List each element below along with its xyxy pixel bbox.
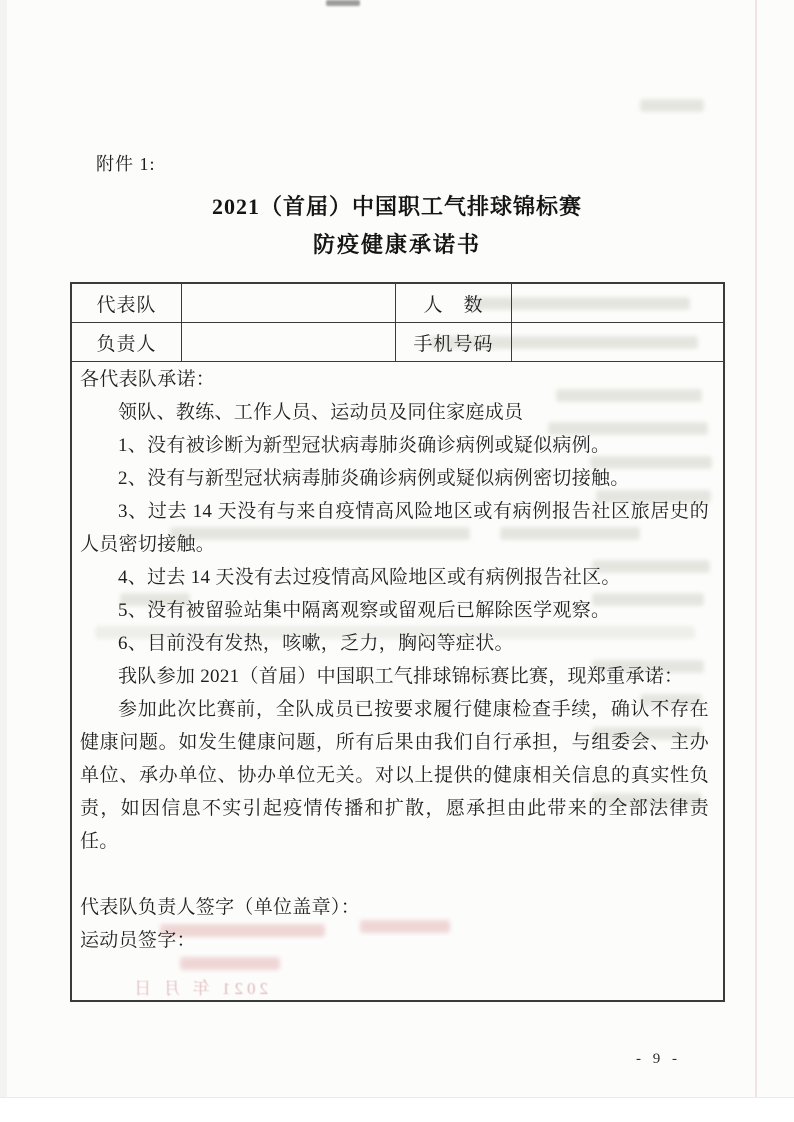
table-row-leader: 负责人 手机号码 — [72, 323, 723, 362]
bleed-through-smudge — [640, 99, 704, 112]
field-value-leader — [182, 323, 396, 361]
signature-leader-label: 代表队负责人签字（单位盖章）： — [80, 891, 709, 924]
field-label-team: 代表队 — [72, 284, 182, 322]
commitment-item-2: 2、没有与新型冠状病毒肺炎确诊病例或疑似病例密切接触。 — [80, 462, 709, 495]
commitment-body: 各代表队承诺： 领队、教练、工作人员、运动员及同住家庭成员 1、没有被诊断为新型… — [72, 361, 723, 1000]
commitment-item-4: 4、过去 14 天没有去过疫情高风险地区或有病例报告社区。 — [80, 561, 709, 594]
page-number: - 9 - — [636, 1051, 681, 1068]
commitment-intro: 各代表队承诺： — [80, 363, 709, 396]
table-row-team: 代表队 人 数 — [72, 284, 723, 323]
scan-artifact-top — [326, 0, 360, 6]
field-value-count — [512, 284, 723, 322]
scan-edge-shade — [0, 0, 7, 1122]
scanned-page: 附件 1: 2021（首届）中国职工气排球锦标赛 防疫健康承诺书 2021 年 … — [0, 0, 794, 1122]
form-table: 代表队 人 数 负责人 手机号码 各代表队承诺： 领队、教练、工作人员、运动员及… — [70, 282, 725, 1002]
scan-edge-band — [0, 1097, 794, 1122]
field-label-count: 人 数 — [396, 284, 512, 322]
pledge-body: 参加此次比赛前，全队成员已按要求履行健康检查手续，确认不存在健康问题。如发生健康… — [80, 693, 709, 858]
scan-artifact-line — [755, 0, 757, 1098]
attachment-label: 附件 1: — [96, 150, 156, 176]
commitment-item-3: 3、过去 14 天没有与来自疫情高风险地区或有病例报告社区旅居史的人员密切接触。 — [80, 495, 709, 561]
document-title: 2021（首届）中国职工气排球锦标赛 — [0, 190, 794, 221]
commitment-scope: 领队、教练、工作人员、运动员及同住家庭成员 — [80, 396, 709, 429]
field-value-team — [182, 284, 396, 322]
field-label-leader: 负责人 — [72, 323, 182, 361]
field-value-phone — [512, 323, 723, 361]
commitment-item-1: 1、没有被诊断为新型冠状病毒肺炎确诊病例或疑似病例。 — [80, 429, 709, 462]
blank-line — [80, 858, 709, 891]
field-label-phone: 手机号码 — [396, 323, 512, 361]
document-subtitle: 防疫健康承诺书 — [0, 228, 794, 259]
commitment-item-6: 6、目前没有发热，咳嗽，乏力，胸闷等症状。 — [80, 627, 709, 660]
pledge-intro: 我队参加 2021（首届）中国职工气排球锦标赛比赛，现郑重承诺： — [80, 660, 709, 693]
signature-athlete-label: 运动员签字： — [80, 924, 709, 957]
commitment-item-5: 5、没有被留验站集中隔离观察或留观后已解除医学观察。 — [80, 594, 709, 627]
date-line: 2021 年 月 日 — [80, 999, 709, 1000]
